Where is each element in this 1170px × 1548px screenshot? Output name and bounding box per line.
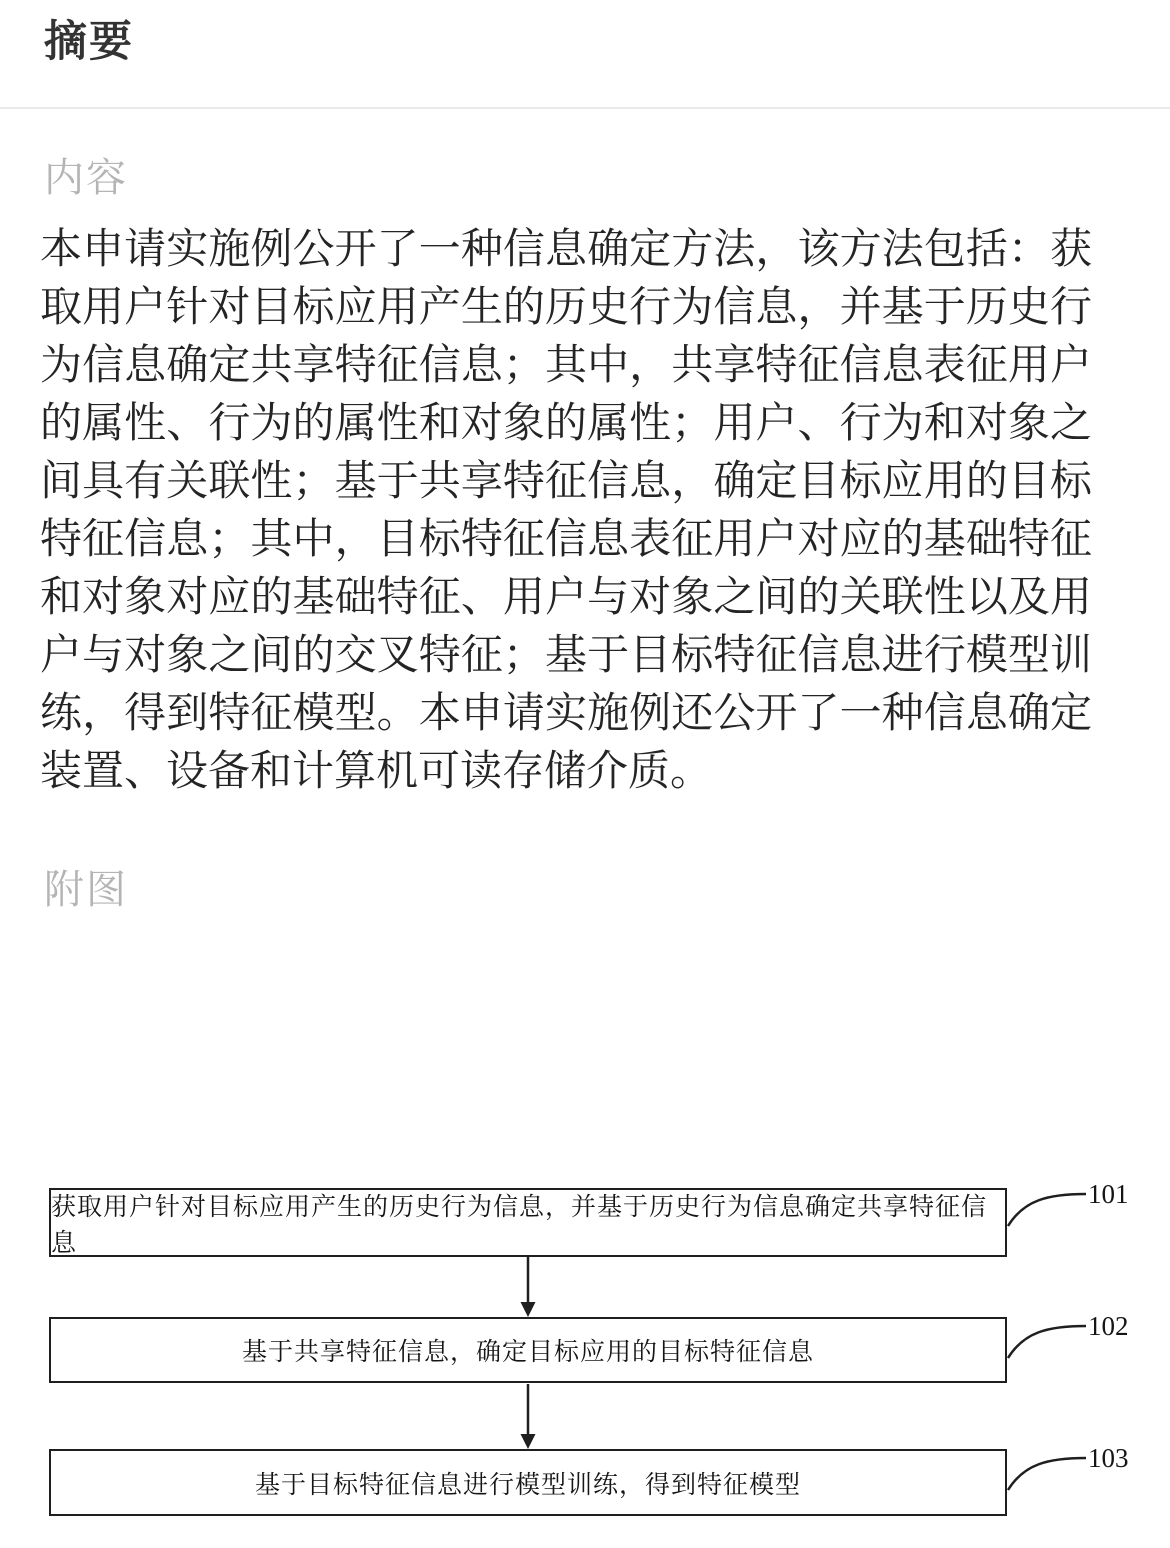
flow-step-box-2: 基于共享特征信息，确定目标应用的目标特征信息 <box>49 1317 1007 1383</box>
content-section-label: 内容 <box>44 146 128 203</box>
step-ref-label-102: 102 <box>1088 1311 1129 1342</box>
step-ref-label-101: 101 <box>1088 1179 1129 1210</box>
flow-step-box-3: 基于目标特征信息进行模型训练，得到特征模型 <box>49 1449 1007 1516</box>
flow-step-box-1: 获取用户针对目标应用产生的历史行为信息，并基于历史行为信息确定共享特征信息 <box>49 1188 1007 1257</box>
leader-line-103 <box>1008 1458 1086 1490</box>
page-title: 摘要 <box>44 8 134 69</box>
divider <box>0 107 1170 109</box>
patent-abstract-page: 摘要 内容 本申请实施例公开了一种信息确定方法，该方法包括：获取用户针对目标应用… <box>0 0 1170 1548</box>
figure-section-label: 附图 <box>44 858 128 915</box>
down-arrow-head <box>521 1302 536 1317</box>
abstract-paragraph: 本申请实施例公开了一种信息确定方法，该方法包括：获取用户针对目标应用产生的历史行… <box>40 220 1092 800</box>
leader-line-101 <box>1008 1194 1086 1226</box>
leader-line-102 <box>1008 1326 1086 1358</box>
down-arrow-head <box>521 1434 536 1449</box>
step-ref-label-103: 103 <box>1088 1443 1129 1474</box>
